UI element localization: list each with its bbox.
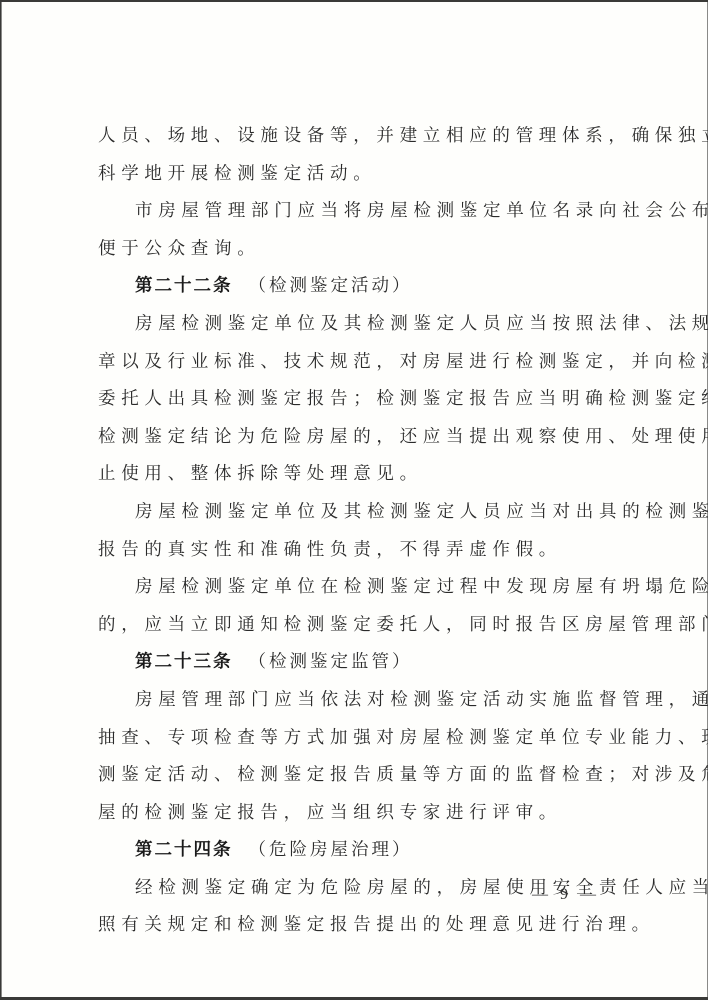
text-line: 检测鉴定结论为危险房屋的，还应当提出观察使用、处理使用、停 <box>98 419 622 457</box>
document-body: 人员、场地、设施设备等，并建立相应的管理体系，确保独立、公正、 科学地开展检测鉴… <box>98 118 622 945</box>
article-heading: 第二十二条（检测鉴定活动） <box>98 268 622 306</box>
article-23: 第二十三条（检测鉴定监管） 房屋管理部门应当依法对检测鉴定活动实施监督管理，通过… <box>98 644 622 832</box>
paragraph: 经检测鉴定确定为危险房屋的，房屋使用安全责任人应当按 照有关规定和检测鉴定报告提… <box>98 870 622 945</box>
text-line: 房屋管理部门应当依法对检测鉴定活动实施监督管理，通过 <box>98 682 622 720</box>
page-number: — 9 — <box>532 886 600 904</box>
article-title: （检测鉴定活动） <box>249 276 413 296</box>
text-line: 止使用、整体拆除等处理意见。 <box>98 456 622 494</box>
text-line: 的，应当立即通知检测鉴定委托人，同时报告区房屋管理部门。 <box>98 607 622 645</box>
article-number: 第二十二条 <box>135 276 233 296</box>
paragraph: 房屋管理部门应当依法对检测鉴定活动实施监督管理，通过 抽查、专项检查等方式加强对… <box>98 682 622 832</box>
text-line: 屋的检测鉴定报告，应当组织专家进行评审。 <box>98 795 622 833</box>
text-line: 抽查、专项检查等方式加强对房屋检测鉴定单位专业能力、现场检 <box>98 720 622 758</box>
paragraph: 房屋检测鉴定单位及其检测鉴定人员应当按照法律、法规、规 章以及行业标准、技术规范… <box>98 306 622 494</box>
article-heading: 第二十三条（检测鉴定监管） <box>98 644 622 682</box>
paragraph-continuation: 人员、场地、设施设备等，并建立相应的管理体系，确保独立、公正、 科学地开展检测鉴… <box>98 118 622 193</box>
article-number: 第二十四条 <box>135 840 233 860</box>
text-line: 委托人出具检测鉴定报告；检测鉴定报告应当明确检测鉴定结论； <box>98 381 622 419</box>
text-line: 房屋检测鉴定单位及其检测鉴定人员应当按照法律、法规、规 <box>98 306 622 344</box>
article-22: 第二十二条（检测鉴定活动） 房屋检测鉴定单位及其检测鉴定人员应当按照法律、法规、… <box>98 268 622 644</box>
text-line: 测鉴定活动、检测鉴定报告质量等方面的监督检查；对涉及危险房 <box>98 757 622 795</box>
article-number: 第二十三条 <box>135 652 233 672</box>
article-title: （检测鉴定监管） <box>249 652 413 672</box>
text-line: 照有关规定和检测鉴定报告提出的处理意见进行治理。 <box>98 907 622 945</box>
text-line: 科学地开展检测鉴定活动。 <box>98 156 622 194</box>
paragraph: 市房屋管理部门应当将房屋检测鉴定单位名录向社会公布， 便于公众查询。 <box>98 193 622 268</box>
document-page: 人员、场地、设施设备等，并建立相应的管理体系，确保独立、公正、 科学地开展检测鉴… <box>1 2 708 997</box>
article-heading: 第二十四条（危险房屋治理） <box>98 832 622 870</box>
text-line: 便于公众查询。 <box>98 231 622 269</box>
article-title: （危险房屋治理） <box>249 840 413 860</box>
text-line: 房屋检测鉴定单位在检测鉴定过程中发现房屋有坍塌危险 <box>98 569 622 607</box>
paragraph: 房屋检测鉴定单位及其检测鉴定人员应当对出具的检测鉴定 报告的真实性和准确性负责，… <box>98 494 622 569</box>
text-line: 市房屋管理部门应当将房屋检测鉴定单位名录向社会公布， <box>98 193 622 231</box>
paragraph: 房屋检测鉴定单位在检测鉴定过程中发现房屋有坍塌危险 的，应当立即通知检测鉴定委托… <box>98 569 622 644</box>
text-line: 报告的真实性和准确性负责，不得弄虚作假。 <box>98 532 622 570</box>
text-line: 人员、场地、设施设备等，并建立相应的管理体系，确保独立、公正、 <box>98 118 622 156</box>
text-line: 房屋检测鉴定单位及其检测鉴定人员应当对出具的检测鉴定 <box>98 494 622 532</box>
text-line: 章以及行业标准、技术规范，对房屋进行检测鉴定，并向检测鉴定 <box>98 344 622 382</box>
